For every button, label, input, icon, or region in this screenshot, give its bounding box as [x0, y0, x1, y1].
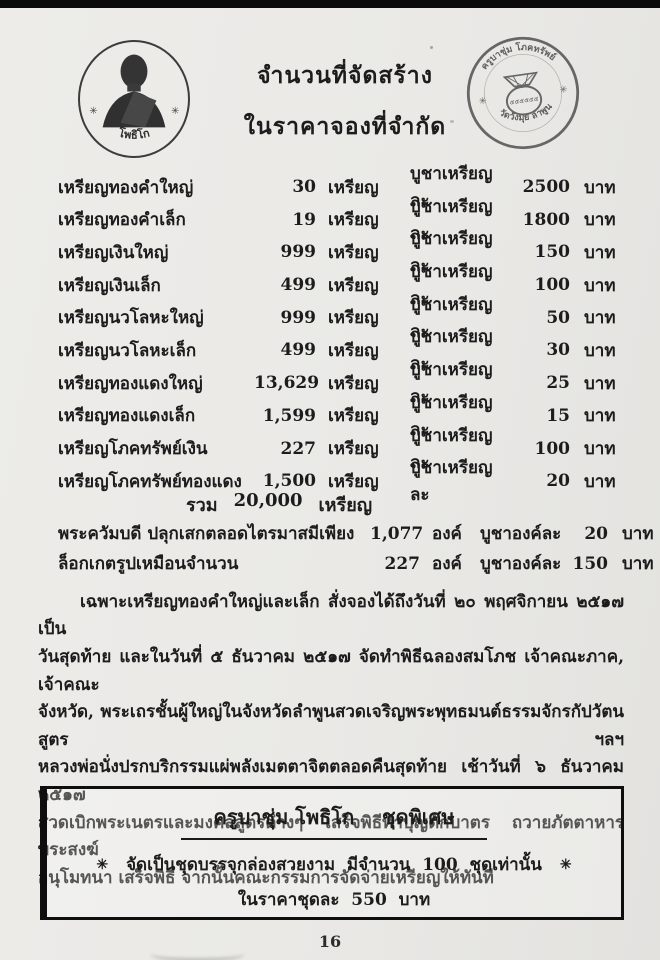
coin-qty: 499	[254, 340, 316, 360]
coin-price: 30	[512, 340, 570, 360]
coin-name: เหรียญนวโลหะใหญ่	[58, 304, 254, 331]
svg-text:โพธิโก: โพธิโก	[116, 125, 151, 141]
price-label: บูชาองค์ละ	[464, 550, 568, 577]
price-list: เหรียญทองคำใหญ่ 30 เหรียญ บูชาเหรียญละ 2…	[0, 160, 660, 892]
page-number: 16	[0, 932, 660, 951]
unit-label: เหรียญ	[316, 174, 394, 201]
coin-price: 50	[512, 308, 570, 328]
total-qty: 20,000	[234, 490, 303, 519]
special-set-text: จัดเป็นชุดบรรจุกล่องสวยงาม มีจำนวน 100 ช…	[126, 851, 542, 878]
coin-qty: 227	[254, 439, 316, 459]
title-line-1: จำนวนที่จัดสร้าง	[210, 58, 480, 94]
baht-label: บาท	[570, 206, 612, 233]
money-bag-seal: ครูบาชุ่ม โภคทรัพย์ วัดวังมุย ลำพูน ✳ ✳ …	[456, 24, 590, 161]
table-row: เหรียญทองคำใหญ่ 30 เหรียญ บูชาเหรียญละ 2…	[0, 160, 660, 193]
coin-name: เหรียญเงินใหญ่	[58, 239, 254, 266]
scanned-document-page: ✳ ✳ โพธิโก จำนวนที่จัดสร้าง ในราคาจองที่…	[0, 0, 660, 960]
total-unit: เหรียญ	[319, 490, 373, 519]
paragraph-line: วันสุดท้าย และในวันที่ ๕ ธันวาคม ๒๕๑๗ จั…	[38, 644, 624, 699]
coin-price: 150	[512, 242, 570, 262]
baht-label: บาท	[570, 370, 612, 397]
item-price: 150	[568, 554, 608, 574]
coin-name: เหรียญทองแดงใหญ่	[58, 370, 254, 397]
money-bag-icon: ๕๕๕๕๕๕	[503, 73, 543, 117]
coin-price: 20	[512, 471, 570, 491]
baht-label: บาท	[570, 337, 612, 364]
page-title: จำนวนที่จัดสร้าง ในราคาจองที่จำกัด	[210, 58, 480, 145]
unit-label: เหรียญ	[316, 239, 394, 266]
baht-label: บาท	[570, 272, 612, 299]
unit-label: องค์	[420, 520, 464, 547]
coin-price: 100	[512, 439, 570, 459]
coin-qty: 1,500	[254, 471, 316, 491]
price-label: บูชาเหรียญละ	[394, 454, 512, 508]
unit-label: เหรียญ	[316, 435, 394, 462]
extra-item-row: ล็อกเกตรูปเหมือนจำนวน 227 องค์ บูชาองค์ล…	[0, 549, 660, 579]
coin-name: เหรียญทองคำใหญ่	[58, 174, 254, 201]
coin-qty: 19	[254, 210, 316, 230]
item-price: 20	[568, 524, 608, 544]
baht-label: บาท	[570, 468, 612, 495]
paragraph-line: จังหวัด, พระเถรชั้นผู้ใหญ่ในจังหวัดลำพูน…	[38, 699, 624, 754]
ink-smudge	[150, 946, 245, 960]
extra-item-row: พระควัมบดี ปลุกเสกตลอดไตรมาสมีเพียง 1,07…	[0, 519, 660, 549]
asterisk-icon: ✳	[559, 84, 569, 96]
item-name: พระควัมบดี ปลุกเสกตลอดไตรมาสมีเพียง	[58, 520, 370, 547]
coin-qty: 30	[254, 177, 316, 197]
unit-label: เหรียญ	[316, 304, 394, 331]
item-name: ล็อกเกตรูปเหมือนจำนวน	[58, 550, 370, 577]
baht-label: บาท	[570, 174, 612, 201]
coin-name: เหรียญโภคทรัพย์เงิน	[58, 435, 254, 462]
stamp-caption: โพธิโก	[116, 125, 151, 141]
asterisk-icon: ✳	[478, 96, 488, 108]
scan-edge-bar	[0, 0, 660, 8]
special-set-box: ครูบาชุ่ม โพธิโก ชุดพิเศษ ✳ จัดเป็นชุดบร…	[40, 786, 624, 920]
title-line-2: ในราคาจองที่จำกัด	[210, 109, 480, 145]
baht-label: บาท	[608, 520, 652, 547]
unit-label: เหรียญ	[316, 337, 394, 364]
asterisk-icon: ✳	[560, 857, 572, 873]
scan-speck	[450, 120, 454, 123]
scan-speck	[430, 46, 433, 49]
monk-stamp: ✳ ✳ โพธิโก	[78, 40, 190, 158]
unit-label: องค์	[420, 550, 464, 577]
coin-price: 15	[512, 406, 570, 426]
special-set-price: ในราคาชุดละ 550 บาท	[47, 886, 621, 913]
coin-qty: 999	[254, 242, 316, 262]
unit-label: เหรียญ	[316, 272, 394, 299]
coin-name: เหรียญเงินเล็ก	[58, 272, 254, 299]
baht-label: บาท	[570, 304, 612, 331]
baht-label: บาท	[570, 435, 612, 462]
coin-name: เหรียญนวโลหะเล็ก	[58, 337, 254, 364]
asterisk-icon: ✳	[96, 857, 108, 873]
baht-label: บาท	[570, 239, 612, 266]
coin-qty: 13,629	[254, 373, 316, 393]
special-set-line: ✳ จัดเป็นชุดบรรจุกล่องสวยงาม มีจำนวน 100…	[47, 851, 621, 878]
unit-label: เหรียญ	[316, 370, 394, 397]
coin-qty: 999	[254, 308, 316, 328]
special-set-heading: ครูบาชุ่ม โพธิโก ชุดพิเศษ	[181, 801, 486, 840]
paragraph-line: เฉพาะเหรียญทองคำใหญ่และเล็ก สั่งจองได้ถึ…	[38, 589, 624, 644]
coin-qty: 499	[254, 275, 316, 295]
total-label: รวม	[186, 490, 218, 519]
coin-name: เหรียญโภคทรัพย์ทองแดง	[58, 468, 254, 495]
coin-price: 2500	[512, 177, 570, 197]
asterisk-icon: ✳	[89, 106, 97, 117]
item-qty: 1,077	[370, 524, 420, 544]
coin-price: 25	[512, 373, 570, 393]
coin-name: เหรียญทองคำเล็ก	[58, 206, 254, 233]
monk-portrait: ✳ ✳ โพธิโก	[78, 40, 190, 152]
coin-price: 100	[512, 275, 570, 295]
unit-label: เหรียญ	[316, 206, 394, 233]
baht-label: บาท	[608, 550, 652, 577]
item-qty: 227	[370, 554, 420, 574]
unit-label: เหรียญ	[316, 402, 394, 429]
price-label: บูชาองค์ละ	[464, 520, 568, 547]
coin-price: 1800	[512, 210, 570, 230]
asterisk-icon: ✳	[171, 106, 179, 117]
coin-qty: 1,599	[254, 406, 316, 426]
coin-name: เหรียญทองแดงเล็ก	[58, 402, 254, 429]
baht-label: บาท	[570, 402, 612, 429]
bag-text: ๕๕๕๕๕๕	[509, 95, 539, 107]
